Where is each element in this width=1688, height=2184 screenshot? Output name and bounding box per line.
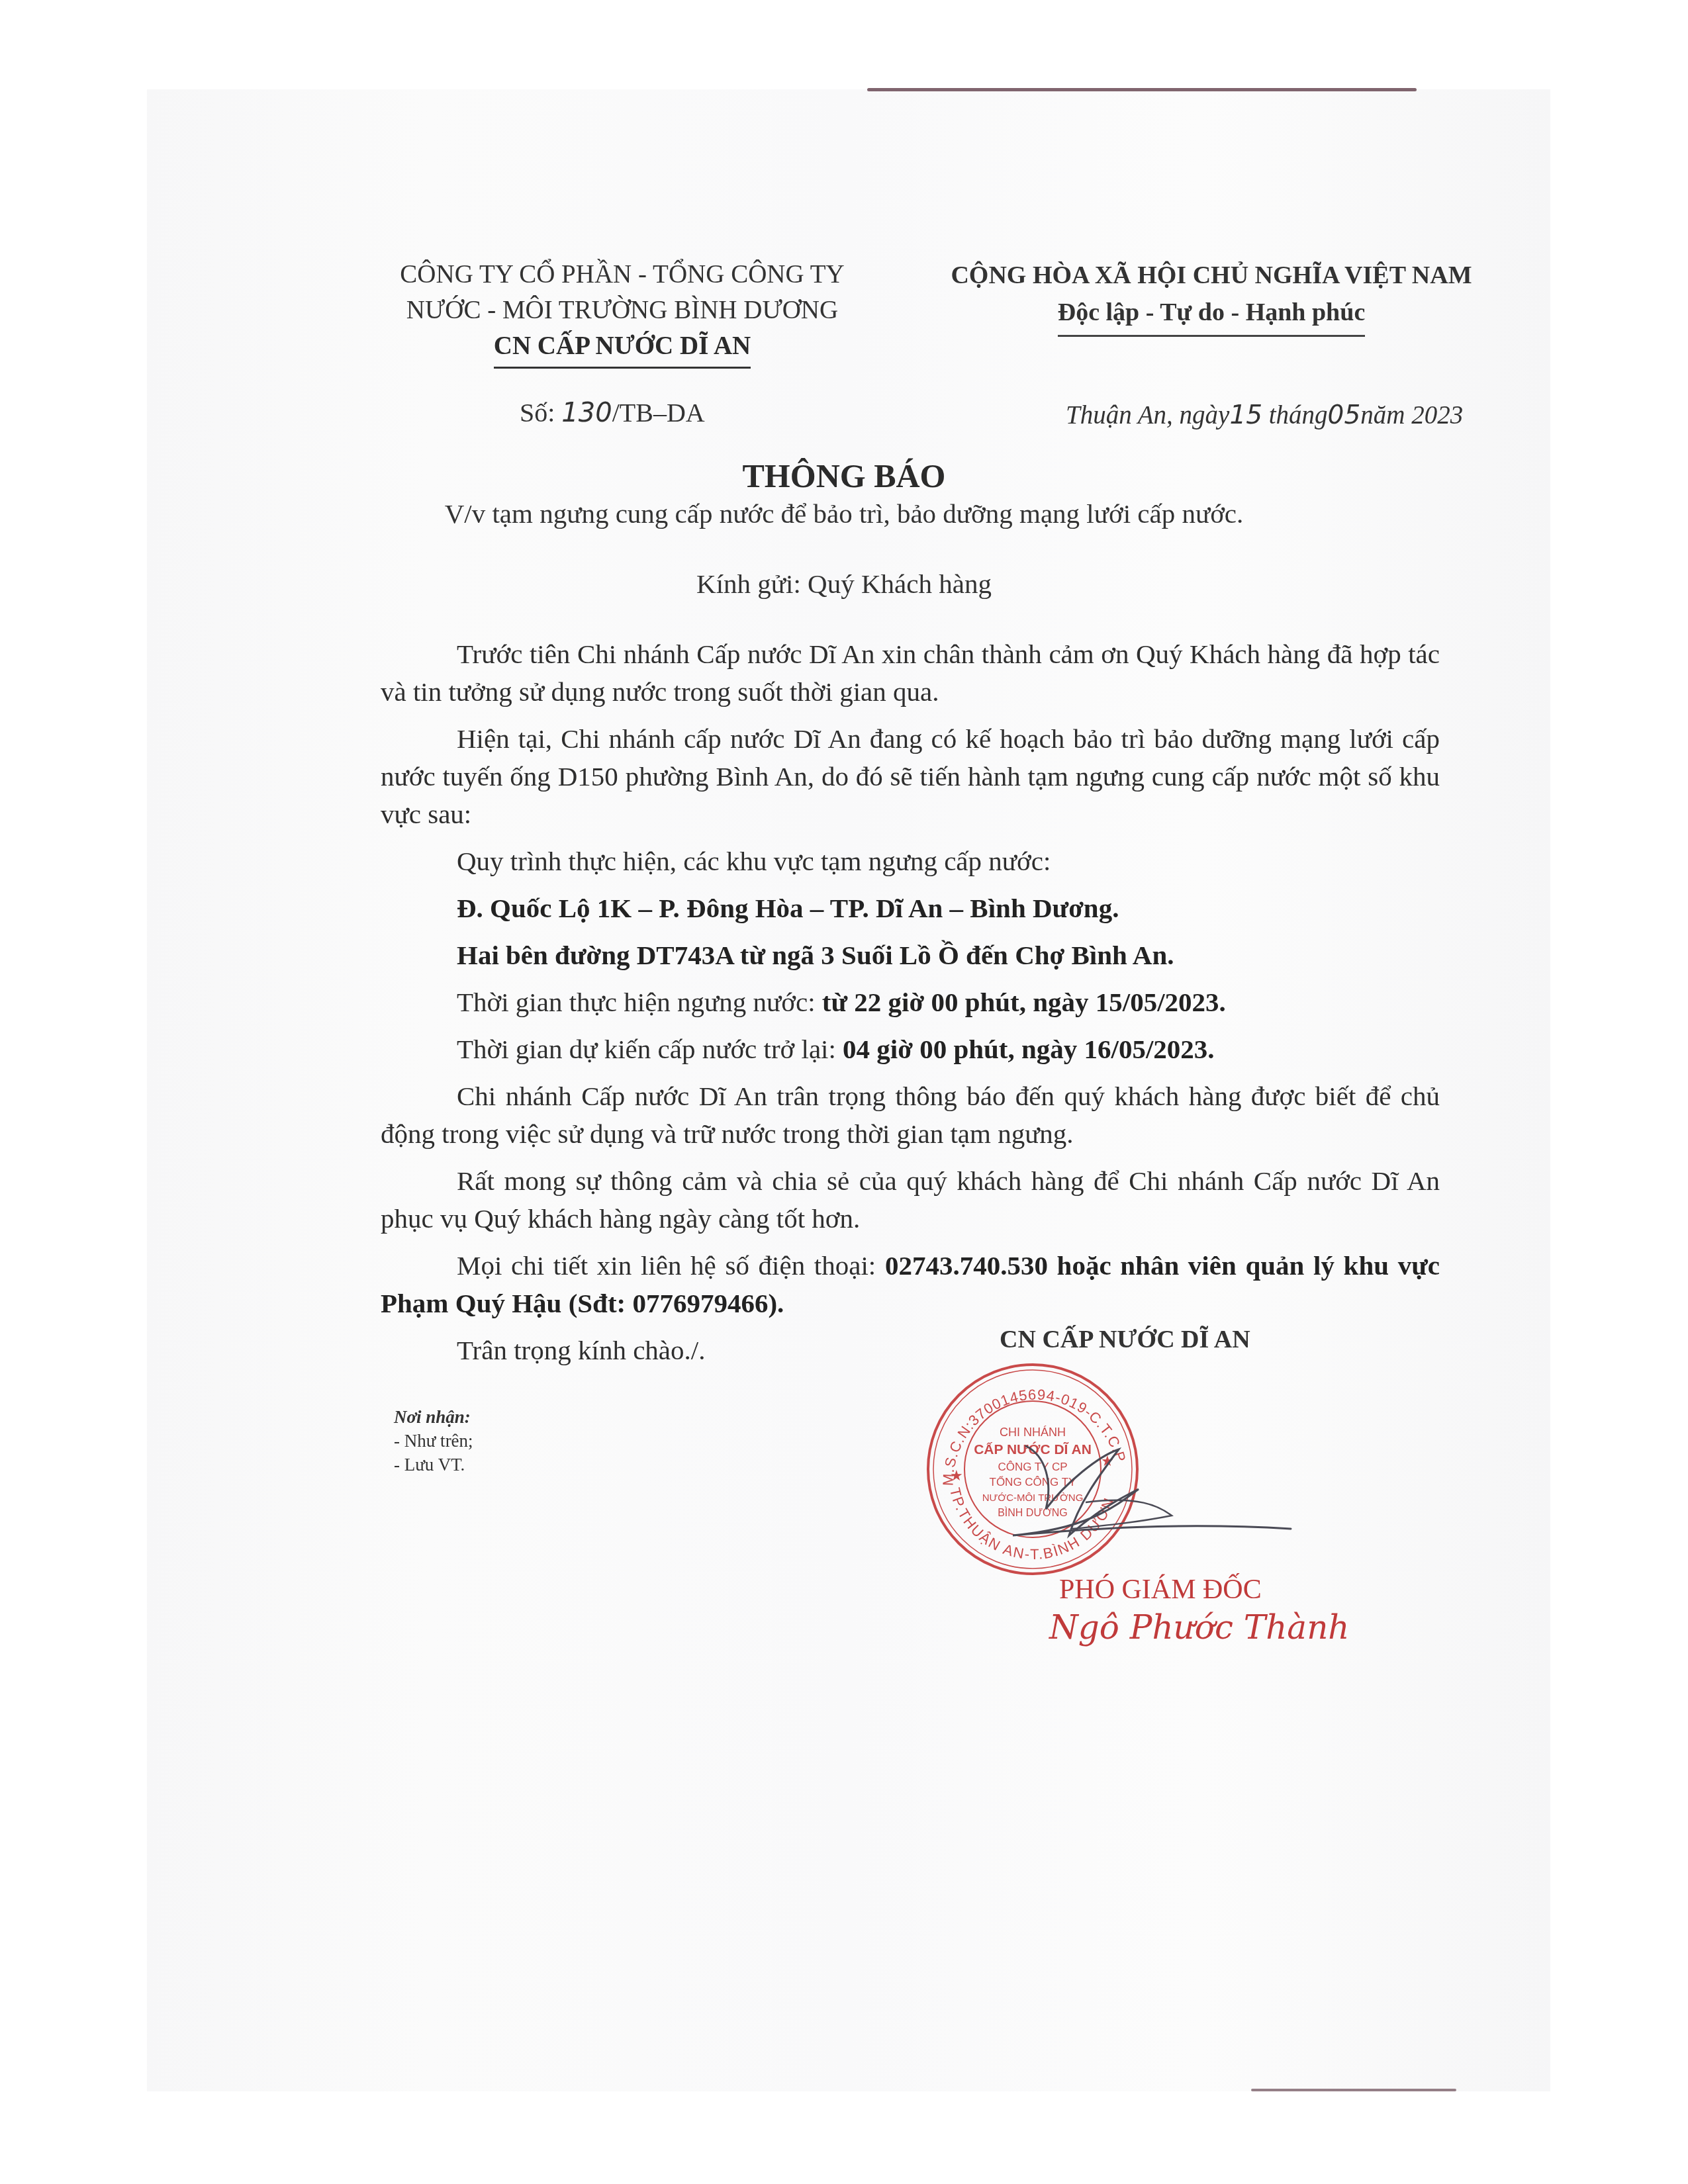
recipients-block: Nơi nhận: - Như trên; - Lưu VT. <box>394 1405 473 1477</box>
closing: Trân trọng kính chào./. <box>381 1332 1440 1369</box>
document-body: Trước tiên Chi nhánh Cấp nước Dĩ An xin … <box>381 635 1440 1379</box>
place: Thuận An, ngày <box>1066 401 1229 430</box>
affected-area-2: Hai bên đường DT743A từ ngã 3 Suối Lồ Ồ … <box>381 936 1440 974</box>
place-and-date: Thuận An, ngày15 tháng05năm 2023 <box>1066 400 1463 430</box>
document-subject: V/v tạm ngưng cung cấp nước để bảo trì, … <box>0 498 1688 529</box>
recipients-label: Nơi nhận: <box>394 1405 473 1429</box>
date-day: 15 <box>1229 400 1262 430</box>
issuer-company-line2: NƯỚC - MÔI TRƯỜNG BÌNH DƯƠNG <box>361 293 884 328</box>
affected-area-1: Đ. Quốc Lộ 1K – P. Đông Hòa – TP. Dĩ An … <box>381 889 1440 927</box>
national-header: CỘNG HÒA XÃ HỘI CHỦ NGHĨA VIỆT NAM Độc l… <box>920 257 1503 337</box>
paragraph-thanks: Trước tiên Chi nhánh Cấp nước Dĩ An xin … <box>381 635 1440 711</box>
scan-artifact-line <box>1251 2089 1456 2091</box>
paragraph-apology: Rất mong sự thông cảm và chia sẻ của quý… <box>381 1162 1440 1238</box>
document-title: THÔNG BÁO <box>0 457 1688 495</box>
area-2-text: Hai bên đường DT743A từ ngã 3 Suối Lồ Ồ … <box>457 940 1174 970</box>
paragraph-contact: Mọi chi tiết xin liên hệ số điện thoại: … <box>381 1247 1440 1322</box>
paragraph-notice: Chi nhánh Cấp nước Dĩ An trân trọng thôn… <box>381 1077 1440 1153</box>
paragraph-plan: Hiện tại, Chi nhánh cấp nước Dĩ An đang … <box>381 720 1440 833</box>
issuer-company-line1: CÔNG TY CỔ PHẦN - TỔNG CÔNG TY <box>361 257 884 293</box>
resume-time-value: 04 giờ 00 phút, ngày 16/05/2023. <box>843 1034 1215 1064</box>
date-month: 05 <box>1328 400 1361 430</box>
stop-time-label: Thời gian thực hiện ngưng nước: <box>457 987 822 1017</box>
issuer-branch: CN CẤP NƯỚC DĨ AN <box>494 328 751 369</box>
stop-time: Thời gian thực hiện ngưng nước: từ 22 gi… <box>381 983 1440 1021</box>
month-label: tháng <box>1262 401 1328 430</box>
recipient-item: - Như trên; <box>394 1429 473 1453</box>
national-motto: Độc lập - Tự do - Hạnh phúc <box>1058 294 1366 337</box>
handwritten-signature-icon <box>1006 1430 1350 1549</box>
signatory-role: PHÓ GIÁM ĐỐC <box>1059 1574 1262 1606</box>
nation-name: CỘNG HÒA XÃ HỘI CHỦ NGHĨA VIỆT NAM <box>920 257 1503 294</box>
resume-time: Thời gian dự kiến cấp nước trở lại: 04 g… <box>381 1030 1440 1068</box>
signatory-name: Ngô Phước Thành <box>1049 1608 1350 1647</box>
resume-time-label: Thời gian dự kiến cấp nước trở lại: <box>457 1034 843 1064</box>
issuer-header: CÔNG TY CỔ PHẦN - TỔNG CÔNG TY NƯỚC - MÔ… <box>361 257 884 369</box>
salutation: Kính gửi: Quý Khách hàng <box>0 568 1688 600</box>
doc-number-handwritten: 130 <box>561 398 612 428</box>
contact-label: Mọi chi tiết xin liên hệ số điện thoại: <box>457 1250 885 1281</box>
area-1-text: Đ. Quốc Lộ 1K – P. Đông Hòa – TP. Dĩ An … <box>457 893 1119 923</box>
svg-text:★: ★ <box>950 1467 963 1484</box>
year-label: năm 2023 <box>1360 401 1463 430</box>
scan-artifact-line <box>867 88 1417 91</box>
doc-number-suffix: /TB–DA <box>612 398 705 428</box>
document-number: Số: 130/TB–DA <box>520 397 705 428</box>
doc-number-prefix: Số: <box>520 398 561 428</box>
signature-org: CN CẤP NƯỚC DĨ AN <box>1000 1325 1250 1354</box>
stop-time-value: từ 22 giờ 00 phút, ngày 15/05/2023. <box>822 987 1226 1017</box>
recipient-item: - Lưu VT. <box>394 1453 473 1477</box>
paragraph-procedure: Quy trình thực hiện, các khu vực tạm ngư… <box>381 842 1440 880</box>
